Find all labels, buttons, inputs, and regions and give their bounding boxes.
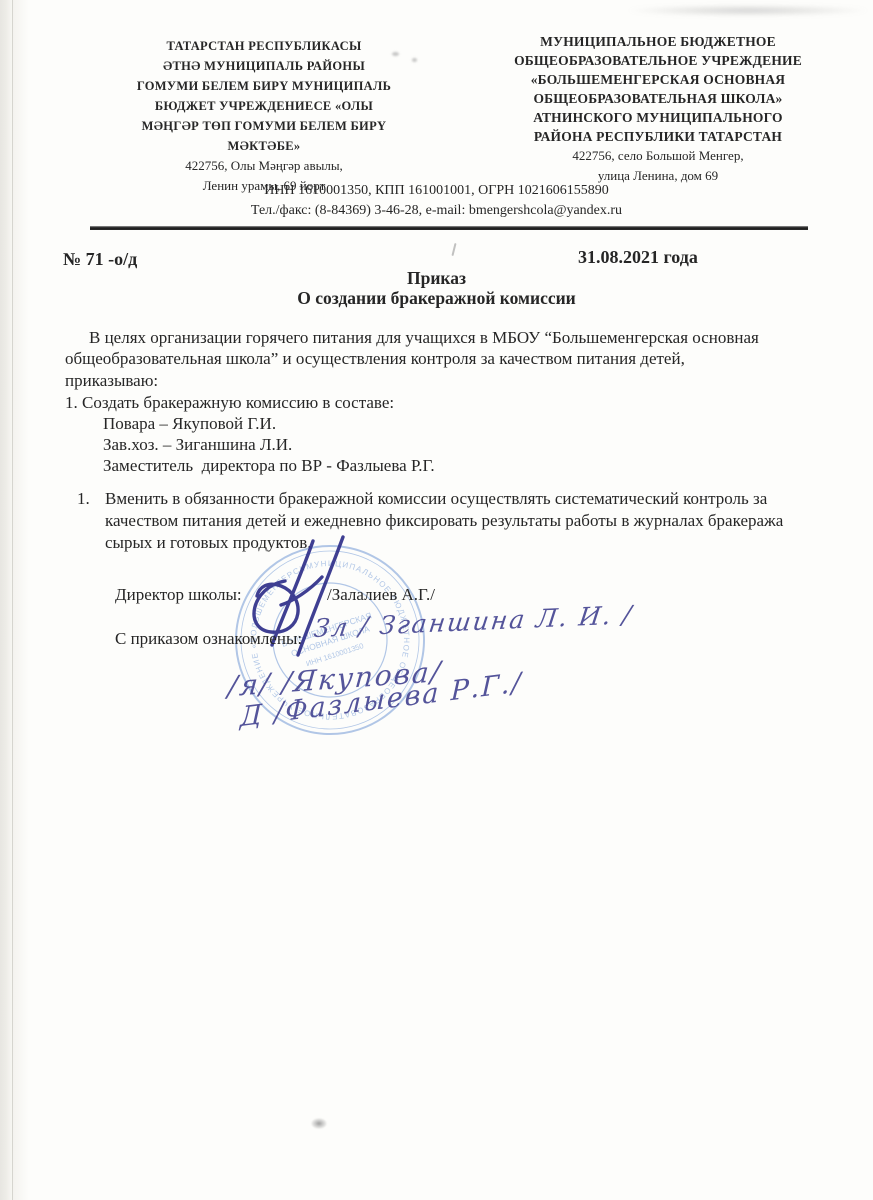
org-name-line: МӘКТӘБЕ»: [88, 136, 440, 156]
scanned-order-document: ТАТАРСТАН РЕСПУБЛИКАСЫ ӘТНӘ МУНИЦИПАЛЬ Р…: [0, 0, 873, 1200]
order-number: № 71 -о/д: [63, 249, 137, 270]
duties-line: сырых и готовых продуктов.: [105, 532, 825, 554]
org-address-line: 422756, село Большой Менгер,: [462, 146, 854, 166]
order-date: 31.08.2021 года: [578, 247, 698, 268]
pen-mark-artifact: [451, 243, 456, 256]
intro-line: В целях организации горячего питания для…: [65, 327, 825, 348]
org-requisites: ИНН 1610001350, КПП 161001001, ОГРН 1021…: [0, 181, 873, 220]
org-address-line: 422756, Олы Мәңгәр авылы,: [88, 156, 440, 176]
org-name-line: АТНИНСКОГО МУНИЦИПАЛЬНОГО: [462, 108, 854, 127]
scan-dot-artifact: [311, 1118, 327, 1129]
duties-line: Вменить в обязанности бракеражной комисс…: [105, 488, 825, 510]
commission-member: Заместитель директора по ВР - Фазлыева Р…: [103, 455, 863, 476]
director-name: /Залалиев А.Г./: [327, 585, 435, 605]
org-name-line: ӘТНӘ МУНИЦИПАЛЬ РАЙОНЫ: [88, 56, 440, 76]
org-name-line: РАЙОНА РЕСПУБЛИКИ ТАТАРСТАН: [462, 127, 854, 146]
org-name-line: МУНИЦИПАЛЬНОЕ БЮДЖЕТНОЕ: [462, 32, 854, 51]
org-name-line: ГОМУМИ БЕЛЕМ БИРҮ МУНИЦИПАЛЬ: [88, 76, 440, 96]
list-item-marker: 1.: [77, 488, 90, 510]
scan-edge-fade: [13, 0, 29, 1200]
org-name-line: «БОЛЬШЕМЕНГЕРСКАЯ ОСНОВНАЯ: [462, 70, 854, 89]
phone-email-line: Тел./факс: (8-84369) 3-46-28, e-mail: bm…: [0, 201, 873, 221]
intro-line: общеобразовательная школа” и осуществлен…: [65, 348, 825, 369]
list-item-create-commission: 1. Создать бракеражную комиссию в состав…: [65, 392, 825, 413]
scan-smudge-top-right: [628, 5, 868, 16]
duties-line: качеством питания детей и ежедневно фикс…: [105, 510, 825, 532]
org-name-line: ОБЩЕОБРАЗОВАТЕЛЬНОЕ УЧРЕЖДЕНИЕ: [462, 51, 854, 70]
org-name-line: БЮДЖЕТ УЧРЕЖДЕНИЕСЕ «ОЛЫ: [88, 96, 440, 116]
order-title: Приказ: [0, 268, 873, 289]
intro-line: приказываю:: [65, 370, 825, 391]
director-label: Директор школы:: [115, 585, 242, 605]
letterhead-left-org: ТАТАРСТАН РЕСПУБЛИКАСЫ ӘТНӘ МУНИЦИПАЛЬ Р…: [88, 36, 440, 195]
acknowledged-label: С приказом ознакомлены:: [115, 629, 302, 649]
inn-kpp-ogrn-line: ИНН 1610001350, КПП 161001001, ОГРН 1021…: [0, 181, 873, 201]
letterhead-divider-line: [90, 226, 808, 230]
scan-edge-shadow: [0, 0, 13, 1200]
order-subject: О создании бракеражной комиссии: [0, 288, 873, 309]
org-name-line: ТАТАРСТАН РЕСПУБЛИКАСЫ: [88, 36, 440, 56]
commission-member: Зав.хоз. – Зиганшина Л.И.: [103, 434, 863, 455]
org-name-line: ОБЩЕОБРАЗОВАТЕЛЬНАЯ ШКОЛА»: [462, 89, 854, 108]
org-name-line: МӘҢГӘР ТӨП ГОМУМИ БЕЛЕМ БИРҮ: [88, 116, 440, 136]
commission-member: Повара – Якуповой Г.И.: [103, 413, 863, 434]
letterhead-right-org: МУНИЦИПАЛЬНОЕ БЮДЖЕТНОЕ ОБЩЕОБРАЗОВАТЕЛЬ…: [462, 32, 854, 185]
